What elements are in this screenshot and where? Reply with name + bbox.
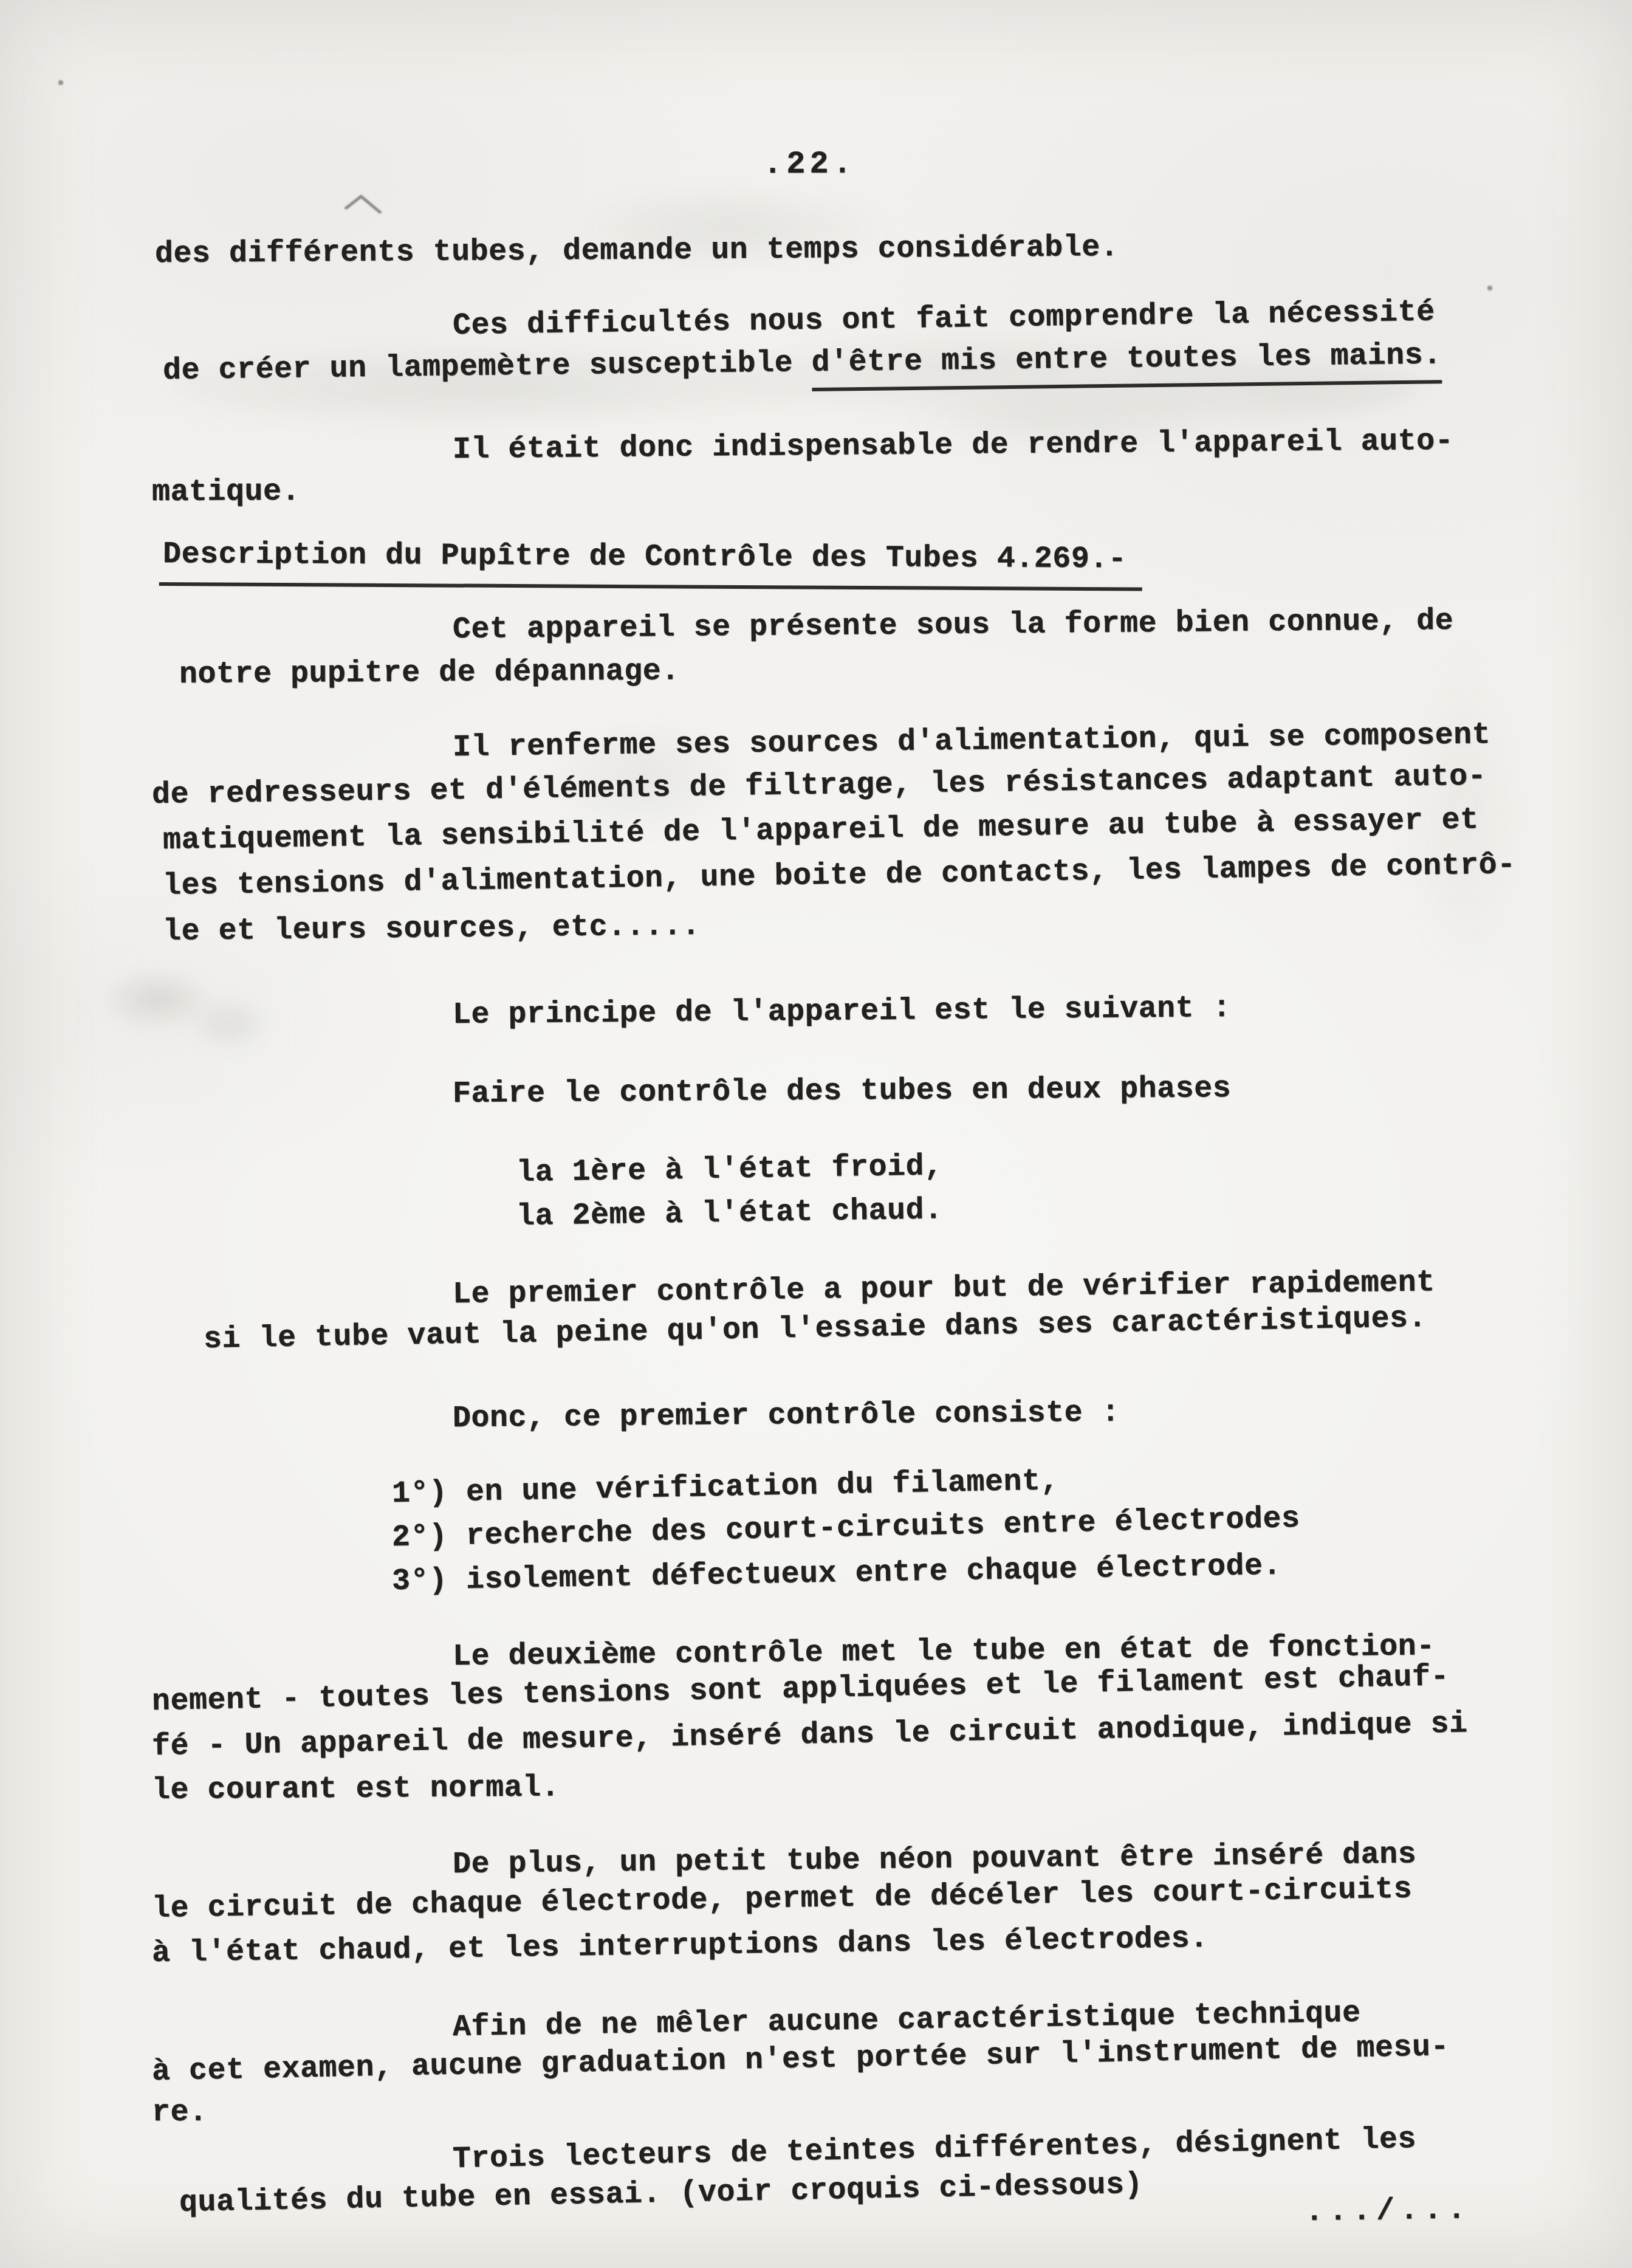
body-line: Le principe de l'appareil est le suivant… xyxy=(453,991,1232,1033)
body-line: les tensions d'alimentation, une boite d… xyxy=(163,848,1516,904)
body-line: si le tube vaut la peine qu'on l'essaie … xyxy=(203,1301,1427,1358)
page-number: .22. xyxy=(763,146,856,182)
stray-caret-mark xyxy=(344,194,382,225)
underlined-text: d'être mis entre toutes les mains. xyxy=(811,338,1442,391)
body-line: de créer un lampemètre susceptible d'êtr… xyxy=(163,338,1442,389)
body-line: le et leurs sources, etc..... xyxy=(163,909,701,950)
body-line: re. xyxy=(152,2095,208,2131)
scan-smudge xyxy=(1325,620,1580,1167)
list-item: 3°) isolement défectueux entre chaque él… xyxy=(391,1548,1281,1600)
list-item: 1°) en une vérification du filament, xyxy=(391,1464,1059,1512)
scanned-document-page: .22. des différents tubes, demande un te… xyxy=(0,0,1632,2268)
body-line: Donc, ce premier contrôle consiste : xyxy=(453,1395,1120,1437)
body-line: le circuit de chaque électrode, permet d… xyxy=(152,1872,1413,1927)
body-line: matiquement la sensibilité de l'appareil… xyxy=(163,803,1479,859)
body-line: la 1ère à l'état froid, xyxy=(516,1149,943,1191)
pencil-scribble-smudge xyxy=(85,960,292,1057)
section-heading: Description du Pupître de Contrôle des T… xyxy=(159,537,1143,591)
ink-speck xyxy=(1487,286,1492,290)
body-line: la 2ème à l'état chaud. xyxy=(516,1193,943,1235)
body-line: Faire le contrôle des tubes en deux phas… xyxy=(453,1071,1232,1112)
line-text: de créer un lampemètre susceptible xyxy=(163,346,812,388)
body-line: le courant est normal. xyxy=(152,1770,560,1809)
body-line: Il renferme ses sources d'alimentation, … xyxy=(453,718,1491,766)
list-item: 2°) recherche des court-circuits entre é… xyxy=(391,1502,1300,1556)
body-line: Cet appareil se présente sous la forme b… xyxy=(453,604,1454,648)
body-line: Trois lecteurs de teintes différentes, d… xyxy=(452,2122,1416,2177)
body-line: Il était donc indispensable de rendre l'… xyxy=(453,424,1454,468)
continuation-mark: .../... xyxy=(1305,2193,1472,2230)
body-line: notre pupitre de dépannage. xyxy=(179,654,680,693)
body-line: matique. xyxy=(152,475,300,510)
body-line: de redresseurs et d'éléments de filtrage… xyxy=(152,759,1487,813)
body-line: des différents tubes, demande un temps c… xyxy=(155,230,1119,272)
ink-speck xyxy=(58,80,63,85)
body-line: à l'état chaud, et les interruptions dan… xyxy=(152,1922,1209,1971)
body-line: qualités du tube en essai. (voir croquis… xyxy=(179,2168,1143,2221)
body-line: Ces difficultés nous ont fait comprendre… xyxy=(453,295,1435,344)
